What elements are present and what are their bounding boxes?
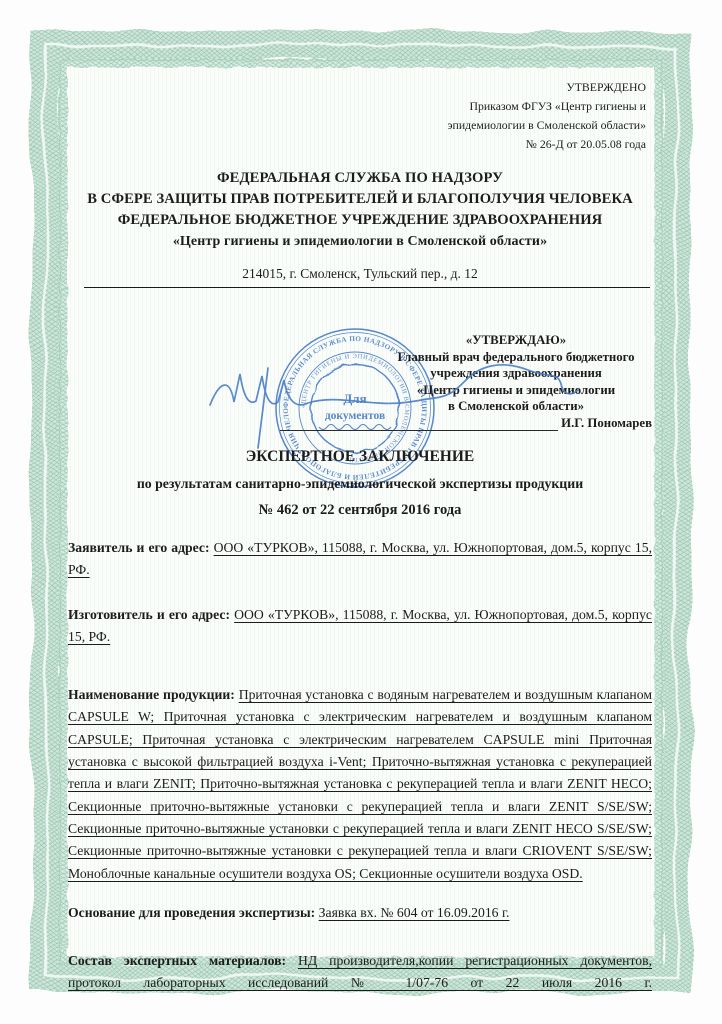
product-paragraph: Наименование продукции: Приточная устано… [68, 684, 652, 885]
approval-order-line1: УТВЕРЖДЕНО [68, 78, 646, 97]
certificate-page: ФЕДЕРАЛЬНАЯ СЛУЖБА ПО НАДЗОРУ В СФЕРЕ ЗА… [0, 0, 722, 1024]
org-header-line3: ФЕДЕРАЛЬНОЕ БЮДЖЕТНОЕ УЧРЕЖДЕНИЕ ЗДРАВОО… [68, 210, 652, 231]
basis-value: Заявка вх. № 604 от 16.09.2016 г. [319, 905, 510, 920]
approve-title: «УТВЕРЖДАЮ» [380, 332, 652, 349]
org-header-line4: «Центр гигиены и эпидемиологии в Смоленс… [68, 231, 652, 252]
approval-order-line4: № 26-Д от 20.05.08 года [68, 135, 646, 154]
org-address-block: 214015, г. Смоленск, Тульский пер., д. 1… [68, 266, 652, 288]
org-header: ФЕДЕРАЛЬНАЯ СЛУЖБА ПО НАДЗОРУ В СФЕРЕ ЗА… [68, 168, 652, 252]
product-label: Наименование продукции: [68, 687, 235, 702]
approval-order-line3: эпидемиологии в Смоленской области» [68, 116, 646, 135]
basis-paragraph: Основание для проведения экспертизы: Зая… [68, 902, 652, 924]
approval-order-line2: Приказом ФГУЗ «Центр гигиены и [68, 97, 646, 116]
document-number: № 462 от 22 сентября 2016 года [68, 497, 652, 524]
manufacturer-paragraph: Изготовитель и его адрес: ООО «ТУРКОВ», … [68, 604, 652, 649]
materials-label: Состав экспертных материалов: [68, 953, 286, 968]
applicant-label: Заявитель и его адрес: [68, 540, 210, 555]
document-subtitle: по результатам санитарно-эпидемиологичес… [68, 470, 652, 497]
applicant-paragraph: Заявитель и его адрес: ООО «ТУРКОВ», 115… [68, 537, 652, 582]
materials-paragraph: Состав экспертных материалов: НД произво… [68, 950, 652, 995]
org-header-line2: В СФЕРЕ ЗАЩИТЫ ПРАВ ПОТРЕБИТЕЛЕЙ И БЛАГО… [68, 189, 652, 210]
document-content: УТВЕРЖДЕНО Приказом ФГУЗ «Центр гигиены … [68, 60, 652, 962]
basis-label: Основание для проведения экспертизы: [68, 905, 315, 920]
address-divider [84, 287, 650, 288]
signature [150, 350, 590, 460]
manufacturer-label: Изготовитель и его адрес: [68, 607, 230, 622]
org-address: 214015, г. Смоленск, Тульский пер., д. 1… [68, 266, 652, 282]
product-value: Приточная установка с водяным нагревател… [68, 687, 652, 880]
org-header-line1: ФЕДЕРАЛЬНАЯ СЛУЖБА ПО НАДЗОРУ [68, 168, 652, 189]
approval-order-block: УТВЕРЖДЕНО Приказом ФГУЗ «Центр гигиены … [68, 78, 652, 154]
